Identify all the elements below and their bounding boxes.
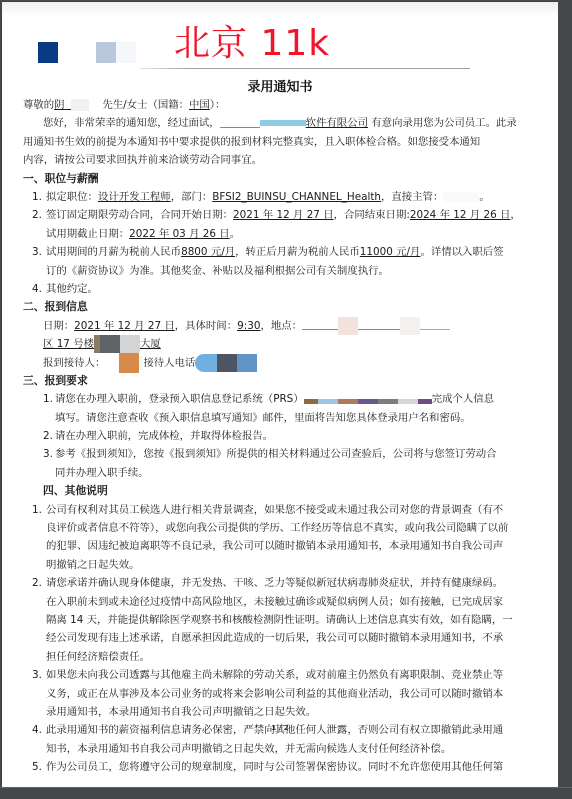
company-name: 软件有限公司 — [306, 117, 368, 129]
receptionist-line: 报到接待人：接待人电话 — [23, 353, 493, 371]
report-time: 9:30 — [237, 320, 260, 332]
viewer-scrollbar-track[interactable] — [558, 0, 572, 799]
item-number: 1. — [32, 501, 46, 519]
list-item-continuation: 订的《薪资协议》为准。其他奖金、补贴以及福利根据公司有关制度执行。 — [23, 262, 493, 280]
candidate-name: 阴 — [54, 99, 89, 111]
position-value: 设计开发工程师 — [98, 191, 171, 203]
section-heading-report-requirements: 三、报到要求 — [23, 372, 493, 390]
static-text: 其他约定。 — [46, 283, 98, 295]
viewer-bottom-bar — [0, 787, 572, 799]
list-item-continuation: 隔离 14 天，并能提供解除医学观察书和核酸检测阴性证明。请确认上述信息真实有效… — [23, 611, 493, 629]
static-text: 作为公司员工，您将遵守公司的规章制度，同时与公司签署保密协议。同时不允许您使用其… — [46, 761, 503, 773]
redacted-phone — [237, 354, 257, 372]
field-label: 试用期截止日期： — [46, 228, 129, 240]
intro-text: 您好，非常荣幸的通知您，经过面试， — [43, 117, 220, 129]
punctuation: 。 — [479, 191, 489, 203]
greeting-prefix: 尊敬的 — [23, 99, 54, 111]
list-item-continuation: 录用通知书，本录用通知书自我公司声明撤销之日起失效。 — [23, 703, 493, 721]
field-label: ，合同结束日期: — [334, 209, 410, 221]
salutation: 先生/女士（国籍： — [102, 99, 189, 111]
report-date: 2021 年 12 月 27 日 — [74, 320, 175, 332]
list-item: 1.拟定职位：设计开发工程师，部门：BFSI2_BUINSU_CHANNEL_H… — [23, 188, 493, 206]
item-number: 2. — [32, 206, 46, 224]
static-text: 请您承诺并确认现身体健康，并无发热、干咳、乏力等疑似新冠状病毒肺炎症状，并持有健… — [46, 577, 503, 589]
redacted-receptionist — [119, 353, 139, 373]
page-number: 1 / 2 — [2, 724, 558, 732]
list-item-continuation: 的犯罪、因违纪被迫离职等不良记录，我公司可以随时撤销本录用通知书，本录用通知书自… — [23, 537, 493, 555]
contract-start-date: 2021 年 12 月 27 日 — [233, 209, 334, 221]
intro-text: 有意向录用您为公司员工。此录 — [371, 117, 516, 129]
list-item: 2.请您承诺并确认现身体健康，并无发热、干咳、乏力等疑似新冠状病毒肺炎症状，并持… — [23, 574, 493, 592]
intro-line-1: 您好，非常荣幸的通知您，经过面试，软件有限公司 有意向录用您为公司员工。此录 — [23, 114, 493, 132]
nationality: 中国 — [189, 99, 210, 111]
field-label: ，转正后月薪为税前人民币 — [235, 246, 360, 258]
document-body: 尊敬的阴 先生/女士（国籍：中国）： 您好，非常荣幸的通知您，经过面试，软件有限… — [23, 96, 493, 776]
redacted-phone — [217, 354, 237, 372]
redacted-logo-block — [116, 42, 136, 63]
section-heading-other-notes: 四、其他说明 — [23, 482, 493, 500]
list-item-continuation: 试用期截止日期：2022 年 03 月 26 日。 — [23, 225, 493, 243]
redacted-supervisor — [443, 192, 479, 202]
redacted-name — [71, 99, 89, 111]
list-item-continuation: 在入职前未到或未途径过疫情中高风险地区，未接触过确诊或疑似病例人员；如有接触，已… — [23, 593, 493, 611]
regular-salary: 11000 元/月 — [360, 246, 421, 258]
redacted-location — [400, 317, 420, 335]
item-number: 2. — [32, 574, 46, 592]
static-text: 公司有权利对其员工候选人进行相关背景调查，如果您不接受或未通过我公司对您的背景调… — [46, 504, 503, 516]
item-number: 3. — [43, 445, 55, 463]
static-text: 参考《报到须知》，您按《报到须知》所提供的相关材料通过公司查验后，公司将与您签订… — [55, 448, 497, 460]
redacted-company — [220, 119, 260, 128]
list-item: 1.请您在办理入职前，登录预入职信息登记系统（PRS）完成个人信息 — [23, 390, 493, 408]
redacted-location — [420, 321, 450, 330]
redacted-url — [304, 399, 318, 404]
list-item-continuation: 义务，或正在从事涉及本公司业务的或将来会影响公司利益的其他商业活动，我公司可以随… — [23, 685, 493, 703]
list-item: 4.其他约定。 — [23, 280, 493, 298]
redacted-url — [358, 399, 378, 404]
field-label: ，地点： — [260, 320, 302, 332]
field-label: 日期： — [43, 320, 74, 332]
document-title: 录用通知书 — [2, 76, 558, 95]
list-item: 3.参考《报到须知》，您按《报到须知》所提供的相关材料通过公司查验后，公司将与您… — [23, 445, 493, 463]
redacted-location — [338, 317, 358, 335]
greeting-line: 尊敬的阴 先生/女士（国籍：中国）： — [23, 96, 493, 114]
redacted-url — [398, 399, 418, 404]
list-item: 1.公司有权利对其员工候选人进行相关背景调查，如果您不接受或未通过我公司对您的背… — [23, 501, 493, 519]
item-number: 4. — [32, 280, 46, 298]
section-heading-position-salary: 一、职位与薪酬 — [23, 170, 493, 188]
redacted-logo-block — [96, 42, 116, 63]
redacted-location — [100, 335, 120, 353]
section-heading-report-info: 二、报到信息 — [23, 298, 493, 316]
field-label: ，具体时间： — [175, 320, 237, 332]
static-text: 请在办理入职前，完成体检，并取得体检报告。 — [55, 430, 273, 442]
annotation-stamp: 北京 11k — [174, 22, 330, 66]
redacted-receptionist — [105, 358, 119, 368]
list-item-continuation: 填写。请您注意查收《预入职信息填写通知》邮件，里面将告知您具体登录用户名和密码。 — [23, 409, 493, 427]
redacted-location — [120, 335, 140, 353]
intro-line-2: 用通知书生效的前提为本通知书中要求提供的报到材料完整真实，且入职体检合格。如您接… — [23, 133, 493, 151]
list-item: 3.试用期间的月薪为税前人民币8800 元/月，转正后月薪为税前人民币11000… — [23, 243, 493, 261]
list-item-continuation: 明撤销之日起失效。 — [23, 556, 493, 574]
field-label: 试用期间的月薪为税前人民币 — [46, 246, 181, 258]
item-number: 5. — [32, 758, 46, 776]
list-item: 2.签订固定期限劳动合同，合同开始日期：2021 年 12 月 27 日，合同结… — [23, 206, 493, 224]
redacted-url — [378, 399, 398, 404]
company-logo-mark — [38, 42, 58, 63]
list-item-continuation: 经公司发现有违上述承诺，自愿承担因此造成的一切后果，我公司可以随时撤销本录用通知… — [23, 629, 493, 647]
item-number: 1. — [43, 390, 55, 408]
list-item-continuation: 同并办理入职手续。 — [23, 464, 493, 482]
department-value: BFSI2_BUINSU_CHANNEL_Health — [212, 191, 381, 203]
location-text: 区 17 号楼 — [43, 338, 94, 350]
field-label: 报到接待人： — [43, 357, 105, 369]
intro-line-3: 内容，请按公司要求回执并前来洽谈劳动合同事宜。 — [23, 151, 493, 169]
report-date-line: 日期：2021 年 12 月 27 日，具体时间：9:30，地点： — [23, 317, 493, 335]
static-text: 完成个人信息 — [432, 393, 494, 405]
redacted-url — [418, 399, 432, 404]
redacted-location — [358, 321, 400, 330]
report-location-line: 区 17 号楼大厦 — [23, 335, 493, 353]
field-label: ，直接主管： — [381, 191, 443, 203]
list-item-continuation: 良评价或者信息不符等），或您向我公司提供的学历、工作经历等信息不真实，或向我公司… — [23, 519, 493, 537]
redacted-url — [338, 399, 358, 404]
punctuation: 。 — [230, 228, 240, 240]
location-text: 大厦 — [140, 338, 161, 350]
probation-salary: 8800 元/月 — [181, 246, 235, 258]
item-number: 3. — [32, 243, 46, 261]
document-page: 北京 11k 录用通知书 尊敬的阴 先生/女士（国籍：中国）： 您好，非常荣幸的… — [2, 2, 558, 788]
static-text: 请您在办理入职前，登录预入职信息登记系统（PRS） — [55, 393, 304, 405]
list-item-continuation: 知书，本录用通知书自我公司声明撤销之日起失效，并无需向候选人支付任何经济补偿。 — [23, 740, 493, 758]
contract-end-date: 2024 年 12 月 26 日 — [410, 209, 511, 221]
list-item: 5.作为公司员工，您将遵守公司的规章制度，同时与公司签署保密协议。同时不允许您使… — [23, 758, 493, 776]
item-number: 1. — [32, 188, 46, 206]
item-number: 3. — [32, 666, 46, 684]
field-label: ，部门： — [171, 191, 213, 203]
list-item: 2.请在办理入职前，完成体检，并取得体检报告。 — [23, 427, 493, 445]
redacted-location — [302, 321, 338, 330]
list-item-continuation: 担任何经济赔偿责任。 — [23, 648, 493, 666]
redacted-company — [260, 120, 306, 126]
page-top-shade — [2, 2, 558, 16]
punctuation: ， — [510, 209, 520, 221]
list-item: 3.如果您未向我公司透露与其他雇主尚未解除的劳动关系，或对前雇主仍然负有离职限制… — [23, 666, 493, 684]
field-label: 签订固定期限劳动合同，合同开始日期： — [46, 209, 233, 221]
static-text: 如果您未向我公司透露与其他雇主尚未解除的劳动关系，或对前雇主仍然负有离职限制、竞… — [46, 669, 503, 681]
item-number: 2. — [43, 427, 55, 445]
redacted-url — [318, 399, 338, 404]
header-rule — [140, 68, 470, 69]
redacted-phone — [195, 354, 217, 372]
static-text: 。详情以入职后签 — [420, 246, 503, 258]
greeting-suffix: ）： — [210, 99, 226, 111]
field-label: 拟定职位： — [46, 191, 98, 203]
probation-end-date: 2022 年 03 月 26 日 — [129, 228, 230, 240]
field-label: 接待人电话 — [143, 357, 195, 369]
